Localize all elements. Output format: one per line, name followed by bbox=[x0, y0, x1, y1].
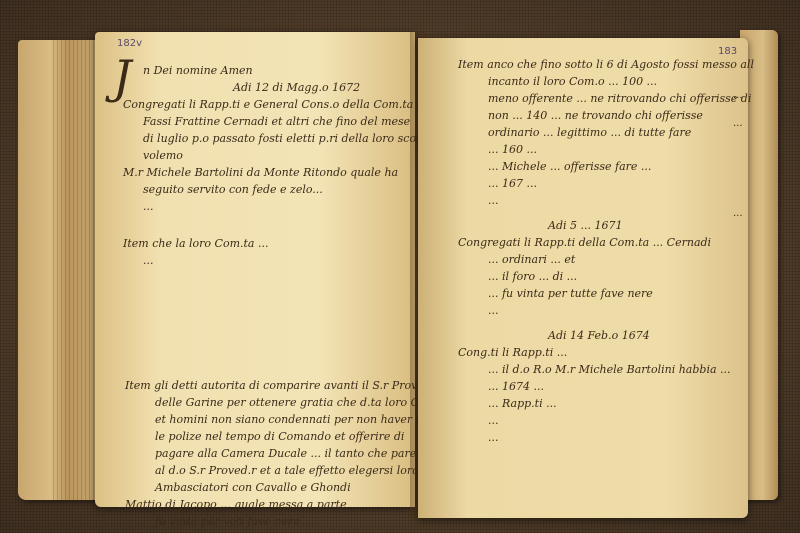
text-line: al d.o S.r Proved.r et a tale effetto el… bbox=[125, 462, 451, 479]
left-page: 182v J n Dei nomine Amen Adi 12 di Magg.… bbox=[95, 32, 415, 507]
left-page-text-lower: Item gli detti autorita di comparire ava… bbox=[125, 377, 451, 530]
right-page: 183 Item anco che fino sotto li 6 di Ago… bbox=[418, 38, 748, 518]
text-line: ordinario ... legittimo ... di tutte far… bbox=[458, 124, 754, 141]
text-line: fu vinta per voti fave nere bbox=[125, 513, 451, 530]
right-page-text: Item anco che fino sotto li 6 di Agosto … bbox=[458, 56, 754, 446]
text-line: Adi 12 di Magg.o 1672 bbox=[143, 79, 427, 96]
text-line: Fassi Frattine Cernadi et altri che fino… bbox=[143, 113, 427, 130]
text-line: delle Garine per ottenere gratia che d.t… bbox=[125, 394, 451, 411]
text-line: le polize nel tempo di Comando et offeri… bbox=[125, 428, 451, 445]
text-line: incanto il loro Com.o ... 100 ... bbox=[458, 73, 754, 90]
text-line: ... bbox=[143, 252, 427, 269]
text-line: et homini non siano condennati per non h… bbox=[125, 411, 451, 428]
folio-number-left: 182v bbox=[117, 38, 142, 49]
text-line: ... fu vinta per tutte fave nere bbox=[458, 285, 754, 302]
text-line: Mattio di Jacopo ... quale messa a parte bbox=[125, 496, 451, 513]
text-line: ... Rapp.ti ... bbox=[458, 395, 754, 412]
text-line: non ... 140 ... ne trovando chi offeriss… bbox=[458, 107, 754, 124]
text-line: Ambasciatori con Cavallo e Ghondi bbox=[125, 479, 451, 496]
text-line: Congregati li Rapp.ti e General Cons.o d… bbox=[123, 96, 427, 113]
margin-note: ... bbox=[733, 118, 743, 129]
text-line: meno offerente ... ne ritrovando chi off… bbox=[458, 90, 754, 107]
text-line: ... ordinari ... et bbox=[458, 251, 754, 268]
text-line: Item che la loro Com.ta ... bbox=[123, 235, 427, 252]
text-line: ... 160 ... bbox=[458, 141, 754, 158]
text-line: Congregati li Rapp.ti della Com.ta ... C… bbox=[458, 234, 754, 251]
text-line: di luglio p.o passato fosti eletti p.ri … bbox=[143, 130, 427, 147]
text-line: ... bbox=[458, 429, 754, 446]
text-line: pagare alla Camera Ducale ... il tanto c… bbox=[125, 445, 451, 462]
text-line: ... bbox=[458, 302, 754, 319]
left-page-text: n Dei nomine Amen Adi 12 di Magg.o 1672 … bbox=[143, 62, 427, 269]
text-line: Adi 14 Feb.o 1674 bbox=[458, 327, 754, 344]
text-line: seguito servito con fede e zelo... bbox=[143, 181, 427, 198]
text-line: ... bbox=[143, 198, 427, 215]
text-line: n Dei nomine Amen bbox=[143, 62, 427, 79]
text-line: Item anco che fino sotto li 6 di Agosto … bbox=[458, 56, 754, 73]
margin-note: ... bbox=[733, 208, 743, 219]
text-line: Adi 5 ... 1671 bbox=[458, 217, 754, 234]
text-line: Cong.ti li Rapp.ti ... bbox=[458, 344, 754, 361]
margin-note: ... bbox=[733, 90, 743, 101]
text-line: ... bbox=[458, 192, 754, 209]
text-line: volemo bbox=[143, 147, 427, 164]
text-line: ... Michele ... offerisse fare ... bbox=[458, 158, 754, 175]
text-line: Item gli detti autorita di comparire ava… bbox=[125, 377, 451, 394]
text-line: M.r Michele Bartolini da Monte Ritondo q… bbox=[123, 164, 427, 181]
text-line: ... 167 ... bbox=[458, 175, 754, 192]
text-line: ... 1674 ... bbox=[458, 378, 754, 395]
book-page-edges-left bbox=[18, 40, 100, 500]
text-line: ... bbox=[458, 412, 754, 429]
text-line: ... il d.o R.o M.r Michele Bartolini hab… bbox=[458, 361, 754, 378]
text-line: ... il foro ... di ... bbox=[458, 268, 754, 285]
page-edge-stripes bbox=[53, 40, 98, 500]
